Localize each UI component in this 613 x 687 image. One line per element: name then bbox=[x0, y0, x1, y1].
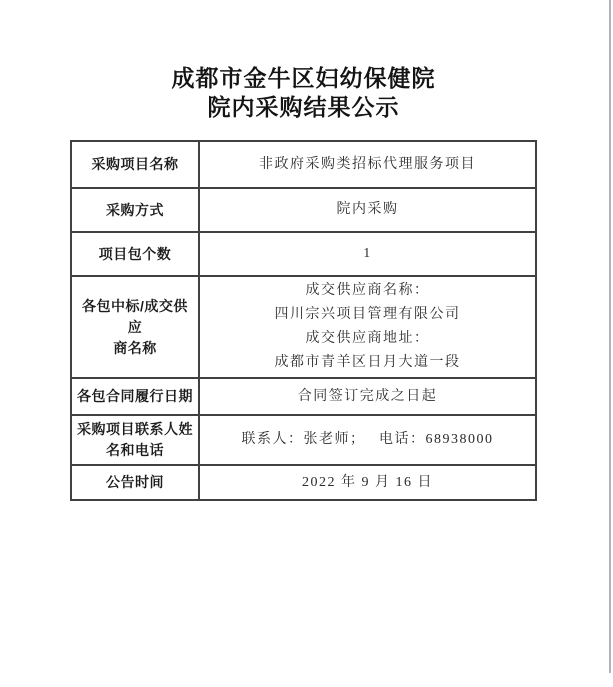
contract-date-value: 合同签订完成之日起 bbox=[199, 378, 536, 415]
table-row-contract-date: 各包合同履行日期 合同签订完成之日起 bbox=[71, 378, 536, 415]
table-row-announcement-date: 公告时间 2022 年 9 月 16 日 bbox=[71, 465, 536, 500]
page-title-line1: 成都市金牛区妇幼保健院 bbox=[70, 64, 537, 93]
winning-supplier-value: 成交供应商名称： 四川宗兴项目管理有限公司 成交供应商地址： 成都市青羊区日月大… bbox=[199, 276, 536, 378]
table-row-package-count: 项目包个数 1 bbox=[71, 232, 536, 276]
package-count-label: 项目包个数 bbox=[71, 232, 199, 276]
procurement-method-label: 采购方式 bbox=[71, 188, 199, 232]
page-edge-divider bbox=[609, 0, 611, 673]
announcement-date-label: 公告时间 bbox=[71, 465, 199, 500]
table-row-procurement-method: 采购方式 院内采购 bbox=[71, 188, 536, 232]
supplier-name: 四川宗兴项目管理有限公司 bbox=[204, 303, 531, 327]
project-name-value: 非政府采购类招标代理服务项目 bbox=[199, 141, 536, 188]
page-title-line2: 院内采购结果公示 bbox=[70, 93, 537, 122]
winning-supplier-label: 各包中标/成交供应 商名称 bbox=[71, 276, 199, 378]
contact-info-label: 采购项目联系人姓 名和电话 bbox=[71, 415, 199, 465]
project-name-label: 采购项目名称 bbox=[71, 141, 199, 188]
table-row-project-name: 采购项目名称 非政府采购类招标代理服务项目 bbox=[71, 141, 536, 188]
contact-info-value: 联系人：张老师； 电话：68938000 bbox=[199, 415, 536, 465]
supplier-address: 成都市青羊区日月大道一段 bbox=[204, 351, 531, 375]
announcement-date-value: 2022 年 9 月 16 日 bbox=[199, 465, 536, 500]
contract-date-label: 各包合同履行日期 bbox=[71, 378, 199, 415]
document-page: { "title": { "line1": "成都市金牛区妇幼保健院", "li… bbox=[0, 0, 613, 687]
procurement-result-table: 采购项目名称 非政府采购类招标代理服务项目 采购方式 院内采购 项目包个数 1 bbox=[70, 140, 537, 501]
table-row-contact-info: 采购项目联系人姓 名和电话 联系人：张老师； 电话：68938000 bbox=[71, 415, 536, 465]
supplier-address-caption: 成交供应商地址： bbox=[204, 327, 531, 351]
supplier-name-caption: 成交供应商名称： bbox=[204, 279, 531, 303]
page-title: 成都市金牛区妇幼保健院 院内采购结果公示 bbox=[70, 64, 537, 122]
table-row-winning-supplier: 各包中标/成交供应 商名称 成交供应商名称： 四川宗兴项目管理有限公司 成交供应… bbox=[71, 276, 536, 378]
procurement-method-value: 院内采购 bbox=[199, 188, 536, 232]
package-count-value: 1 bbox=[199, 232, 536, 276]
